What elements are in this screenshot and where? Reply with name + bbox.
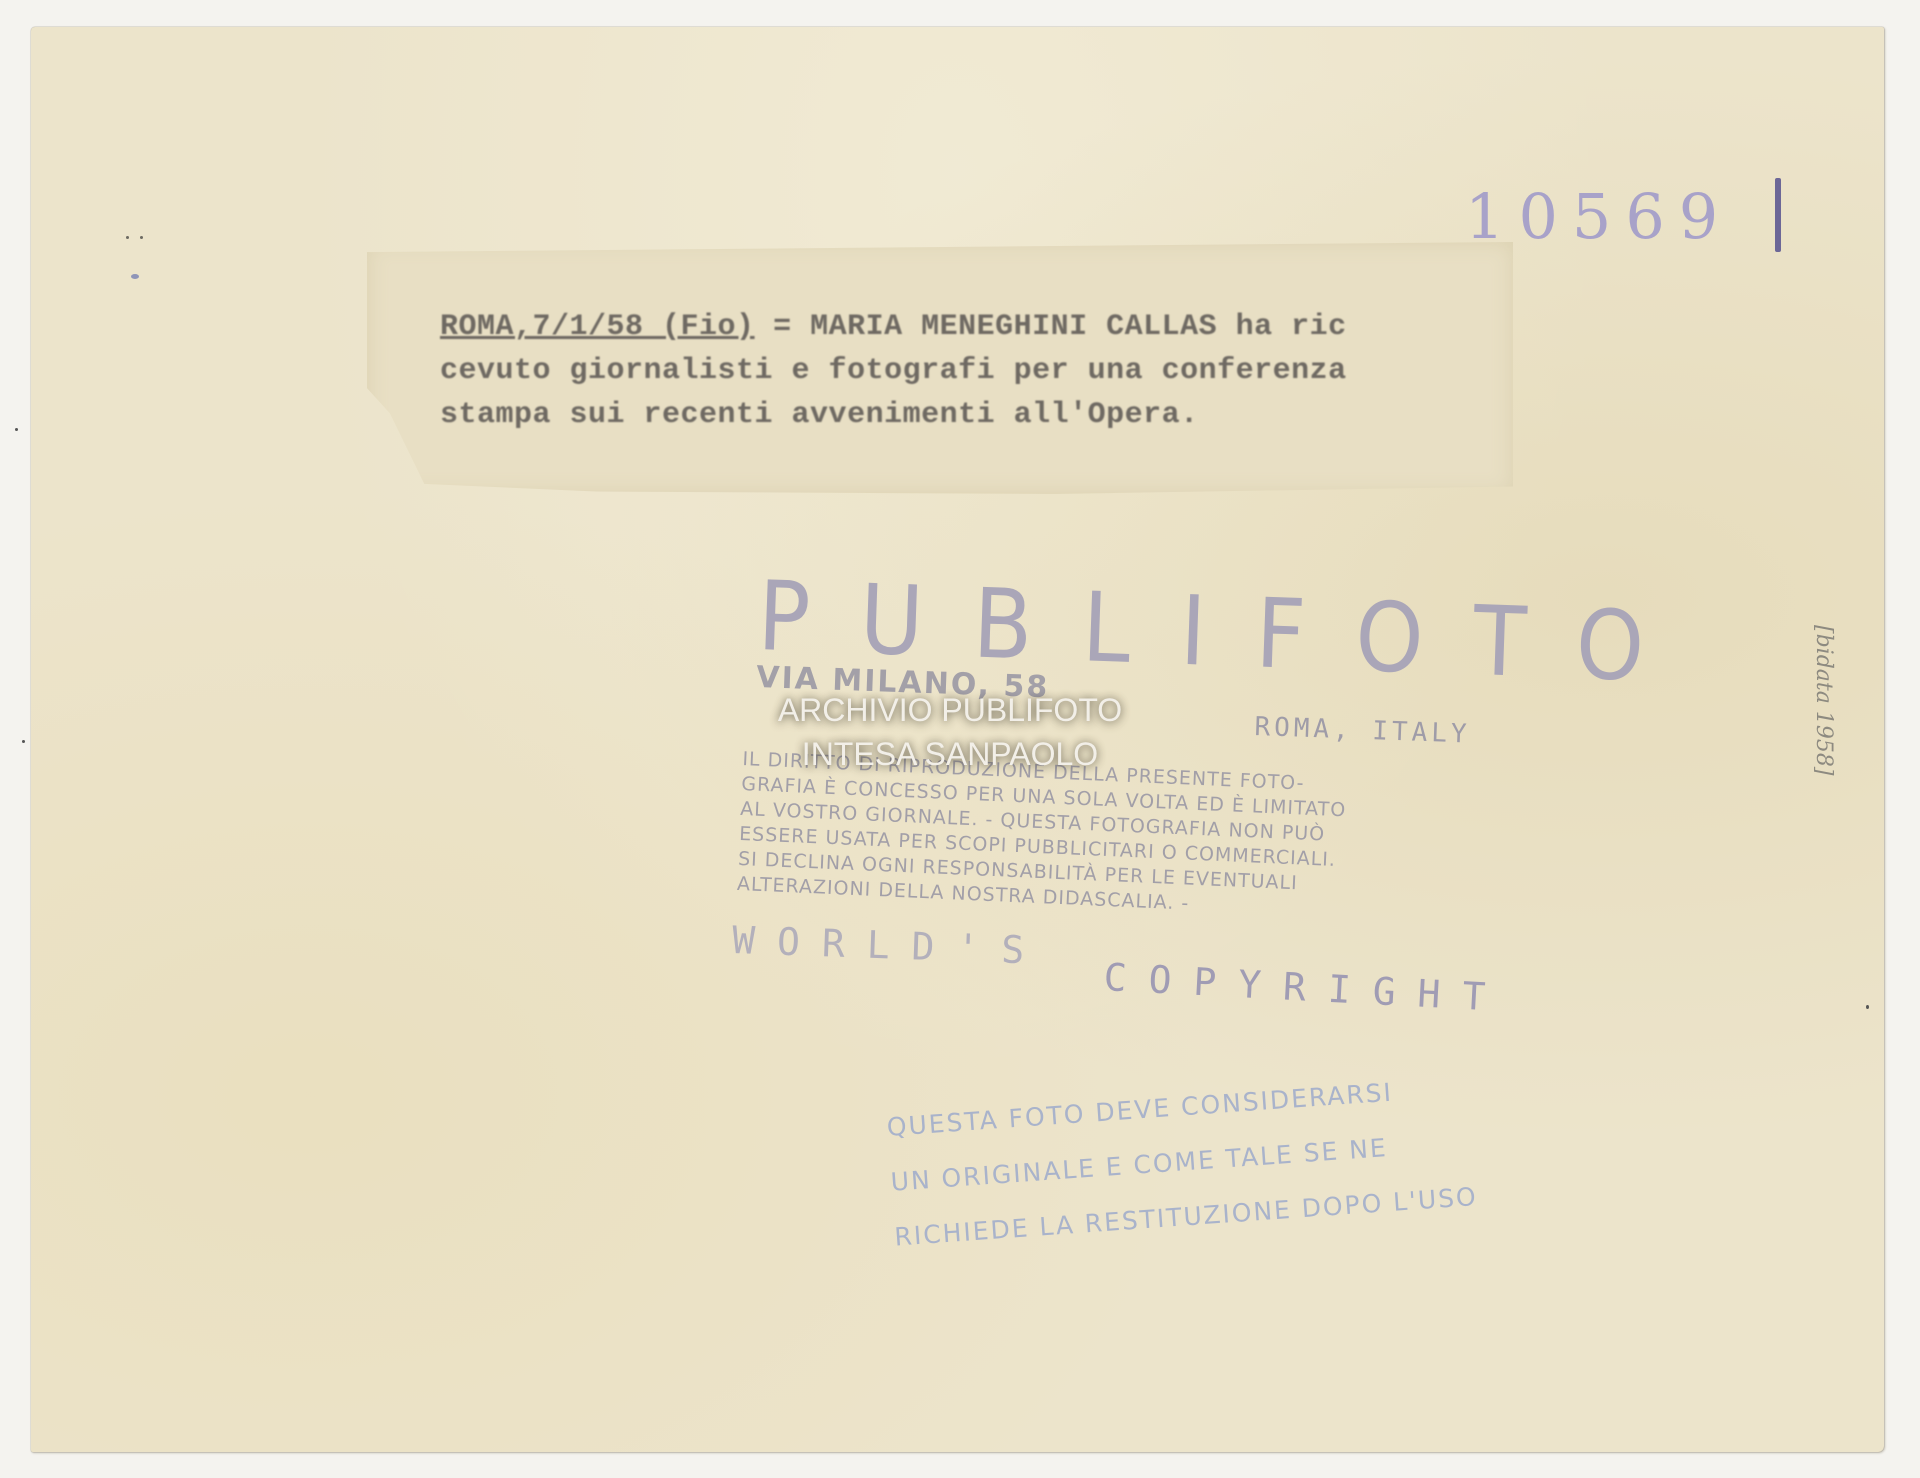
inventory-number-stamp: 10569 — [1465, 180, 1732, 253]
caption-line-3: stampa sui recenti avvenimenti all'Opera… — [440, 398, 1199, 432]
ink-speck — [126, 236, 129, 239]
caption-line-1: = MARIA MENEGHINI CALLAS ha ric — [755, 310, 1347, 344]
bracket-mark — [1775, 178, 1781, 252]
ink-speck — [131, 274, 139, 279]
ink-speck — [1866, 1005, 1869, 1009]
ink-speck — [140, 236, 143, 239]
pencil-annotation: [bidata 1958] — [1811, 625, 1836, 775]
archive-watermark: ARCHIVIO PUBLIFOTO INTESA SANPAOLO — [740, 688, 1160, 776]
watermark-line-1: ARCHIVIO PUBLIFOTO — [740, 688, 1160, 732]
ink-speck — [15, 428, 18, 431]
caption-line-2: cevuto giornalisti e fotografi per una c… — [440, 354, 1347, 388]
ink-speck — [22, 740, 25, 743]
watermark-line-2: INTESA SANPAOLO — [740, 732, 1160, 776]
caption-dateline: ROMA,7/1/58 (Fio) — [440, 310, 755, 344]
typed-caption: ROMA,7/1/58 (Fio) = MARIA MENEGHINI CALL… — [440, 305, 1347, 437]
